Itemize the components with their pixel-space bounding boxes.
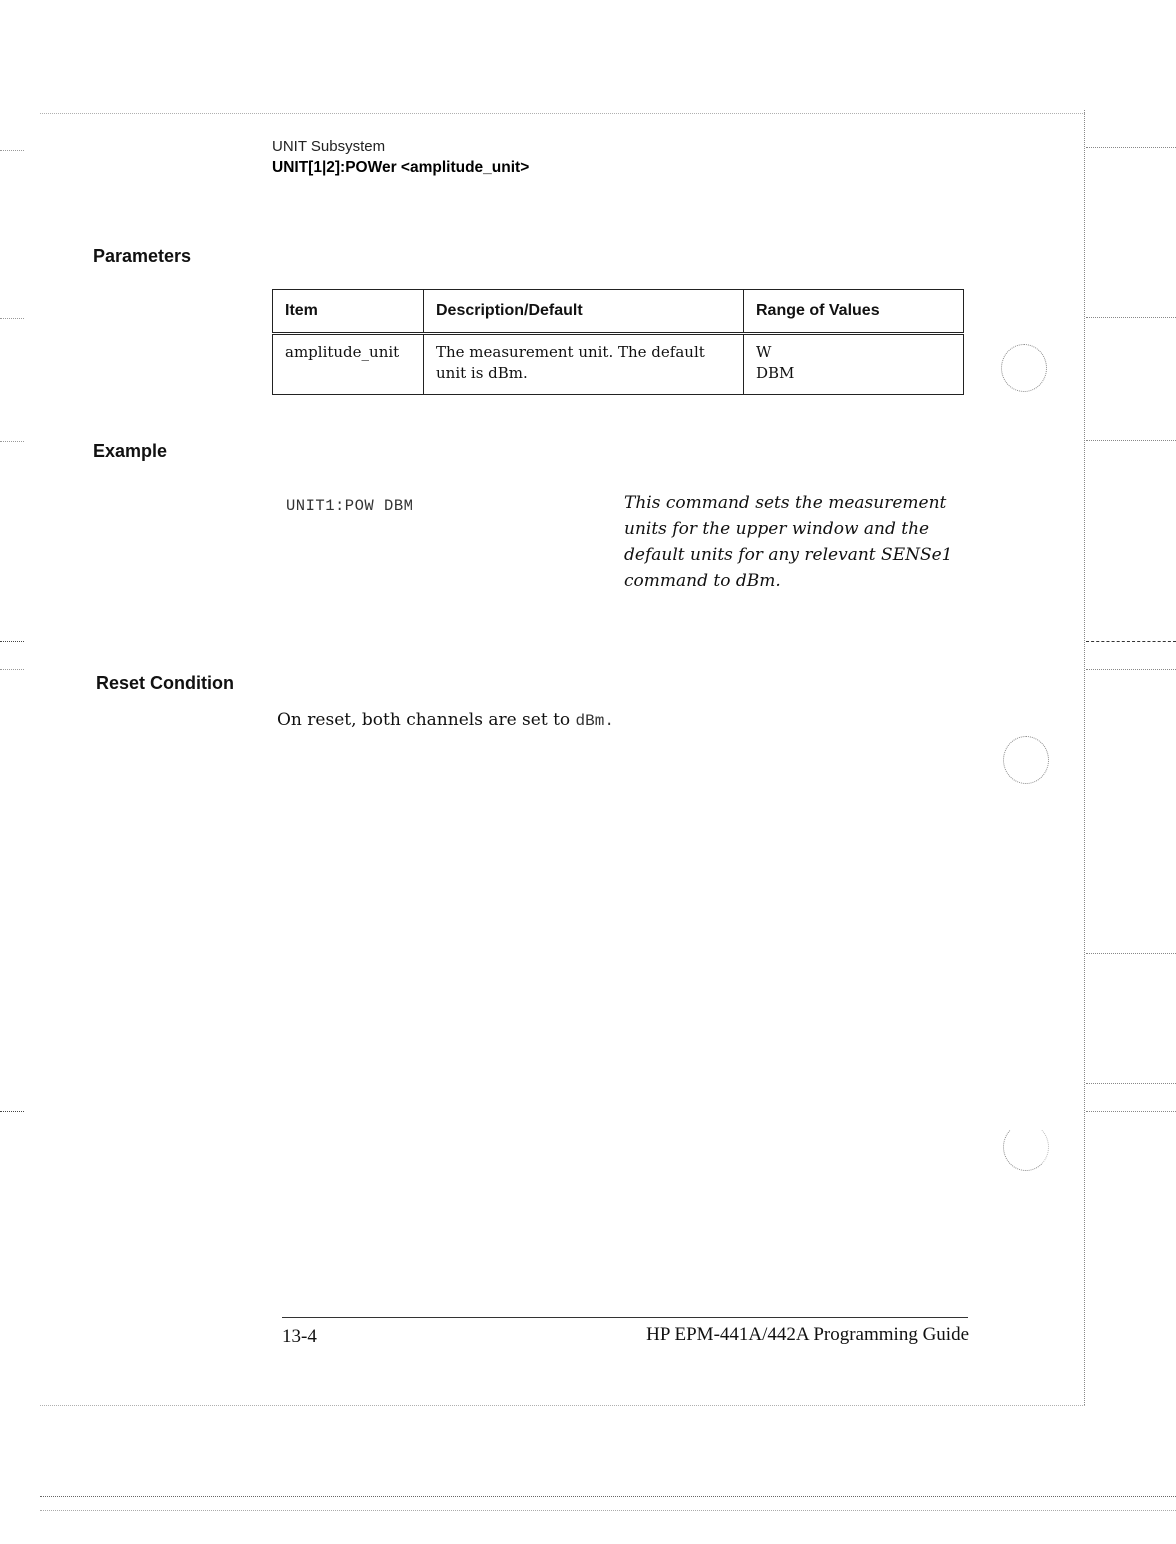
tab-divider [1086,317,1176,318]
table-row: amplitude_unit The measurement unit. The… [273,334,964,395]
section-heading-example: Example [93,441,167,462]
reset-description: On reset, both channels are set to dBm. [277,710,614,730]
margin-mark [0,150,24,151]
column-header-description: Description/Default [424,290,744,334]
margin-mark [0,1111,24,1112]
margin-mark [0,641,24,642]
guide-title: HP EPM-441A/442A Programming Guide [646,1324,969,1346]
tab-divider [1086,440,1176,441]
page-edge-bottom [40,1405,1085,1406]
column-header-item: Item [273,290,424,334]
example-code: UNIT1:POW DBM [286,497,413,515]
page-edge-top [40,113,1085,114]
cell-description: The measurement unit. The default unit i… [424,334,744,395]
binder-hole-icon [1003,736,1049,784]
margin-mark [0,318,24,319]
running-header: UNIT Subsystem UNIT[1|2]:POWer <amplitud… [272,137,529,179]
tab-divider [1086,953,1176,954]
tab-divider [1086,641,1176,642]
margin-mark [0,441,24,442]
tab-divider [1086,669,1176,670]
parameters-table: Item Description/Default Range of Values… [272,289,964,395]
cell-range: W DBM [744,334,964,395]
cell-item: amplitude_unit [273,334,424,395]
section-heading-parameters: Parameters [93,246,191,267]
section-heading-reset-condition: Reset Condition [96,673,234,694]
column-header-range: Range of Values [744,290,964,334]
scan-baseline-secondary [40,1510,1176,1511]
reset-suffix: . [604,712,614,730]
margin-mark [0,669,24,670]
scan-baseline [40,1496,1176,1497]
page-edge-right [1084,110,1085,1405]
range-value: W [756,342,951,363]
tab-divider [1086,1111,1176,1112]
binder-hole-icon [1003,1123,1049,1171]
tab-divider [1086,1083,1176,1084]
tab-divider [1086,147,1176,148]
reset-text: On reset, both channels are set to [277,710,576,730]
reset-code: dBm [576,712,605,730]
subsystem-label: UNIT Subsystem [272,137,529,157]
page-number: 13-4 [282,1326,317,1348]
range-value: DBM [756,363,951,384]
footer-divider [282,1317,968,1318]
example-description: This command sets the measurement units … [624,490,964,594]
table-header-row: Item Description/Default Range of Values [273,290,964,334]
binder-hole-icon [1001,344,1047,392]
command-syntax: UNIT[1|2]:POWer <amplitude_unit> [272,157,529,179]
